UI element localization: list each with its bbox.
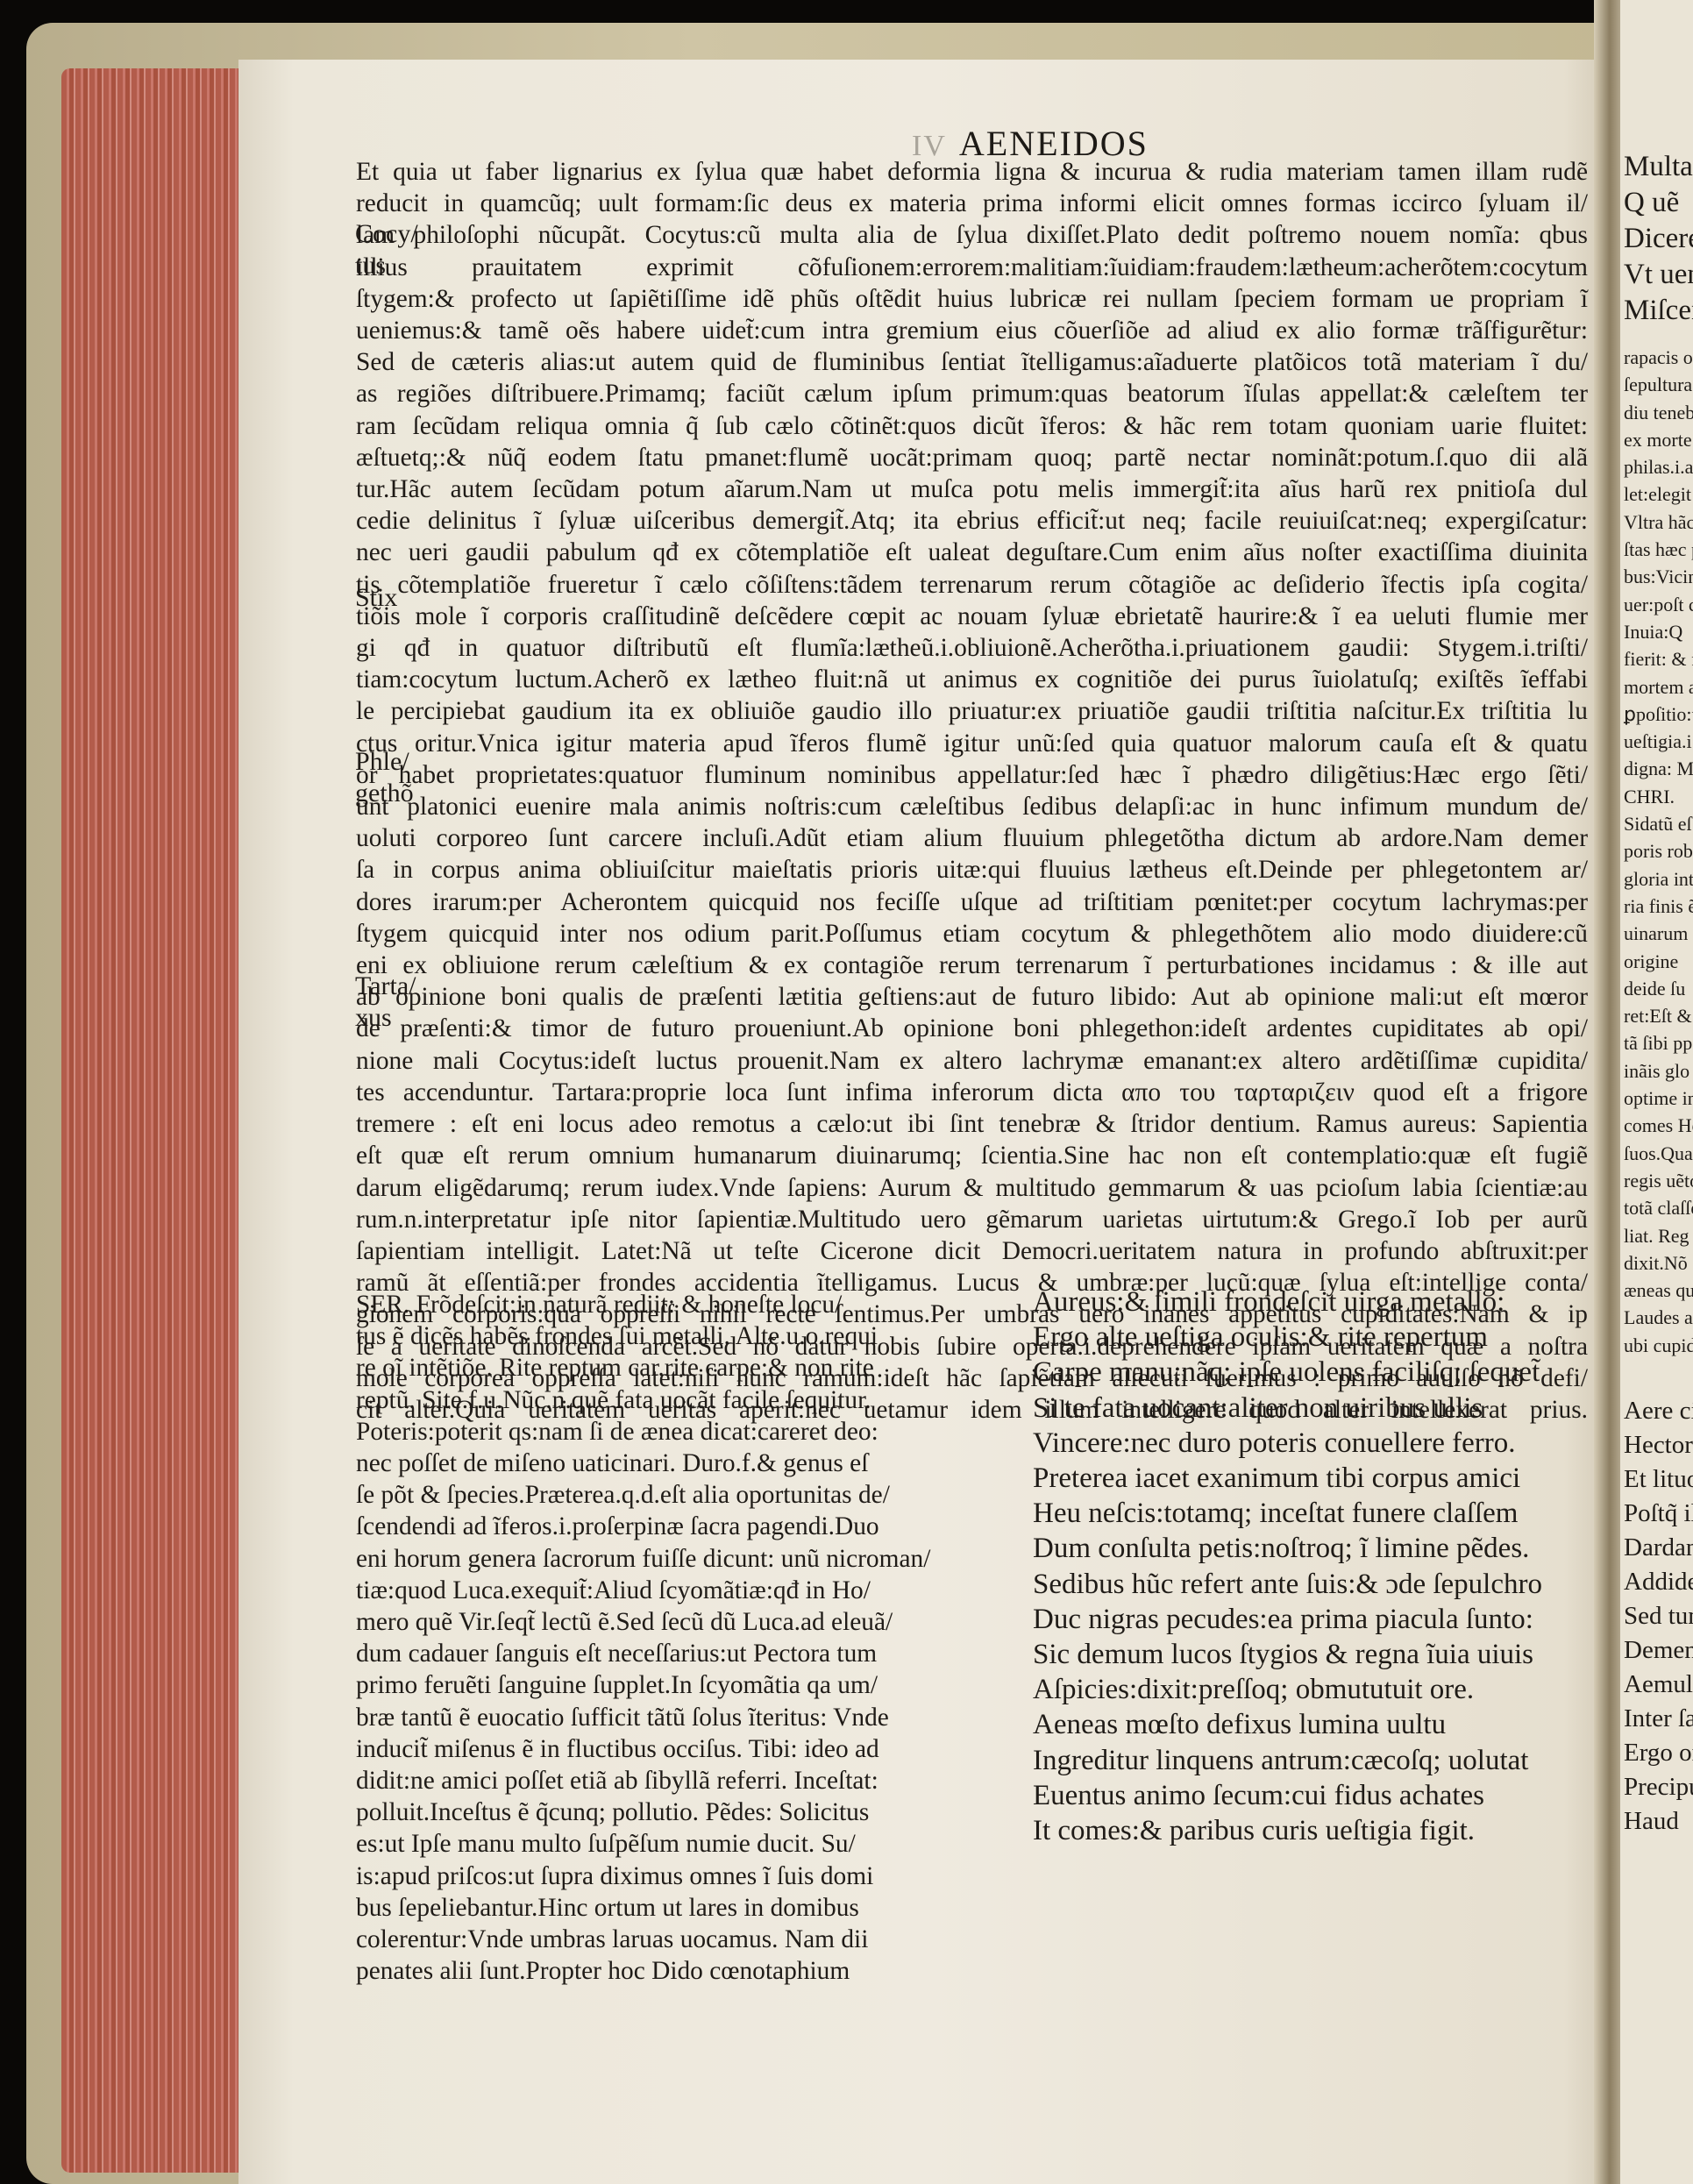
verse-line: Haud <box>1624 1804 1693 1839</box>
verse-column: Aureus:& ſimili frondeſcit uirga metallo… <box>1033 1284 1594 1848</box>
verse-line: Addider <box>1624 1565 1693 1599</box>
verse-line: Diceret <box>1624 221 1693 257</box>
commentary-line: fierit: & f <box>1624 645 1693 672</box>
text-line: eſt quæ eſt rerum omnium humanarum diuin… <box>356 1140 1588 1171</box>
commentary-line: ſcendendi ad ĩferos.i.proſerpinæ ſacra p… <box>356 1511 1014 1542</box>
commentary-line: polluit.Inceſtus ẽ q̃cunq; pollutio. Pẽd… <box>356 1796 1014 1828</box>
verse-line: Dum conſulta petis:noſtroq; ĩ limine pẽd… <box>1033 1531 1594 1566</box>
verse-line: Duc nigras pecudes:ea prima piacula ſunt… <box>1033 1602 1594 1637</box>
commentary-line: ueſtigia.i. <box>1624 728 1693 755</box>
text-line: ſa in corpus anima obliuiſcitur maieſtat… <box>356 854 1588 886</box>
right-page-commentary: rapacis oſepulturadiu tenebex mortephila… <box>1624 344 1693 1359</box>
text-line: ueniemus:& tamẽ oẽs habere uidet̃:cum in… <box>356 315 1588 346</box>
commentary-line: ſe põt & ſpecies.Præterea.q.d.eſt alia o… <box>356 1479 1014 1511</box>
commentary-column: SER. Frõdeſcit:in naturã rediit: & honeſ… <box>356 1289 1014 1987</box>
commentary-line: ſepultura <box>1624 371 1693 398</box>
verse-line: Multa <box>1624 149 1693 185</box>
commentary-line: ria finis ẽ <box>1624 893 1693 920</box>
text-line: tiam:cocytum luctum.Acherõ ex lætheo flu… <box>356 664 1588 695</box>
commentary-line: mortem a <box>1624 673 1693 701</box>
text-line: ab opinione boni qualis de præſenti læti… <box>356 981 1588 1013</box>
text-line: tis cõtemplatiõe frueretur ĩ cælo cõſiſt… <box>356 569 1588 601</box>
commentary-line: totã claſſe <box>1624 1194 1693 1221</box>
verse-line: Demens <box>1624 1633 1693 1668</box>
commentary-line: penates alii ſunt.Propter hoc Dido cœnot… <box>356 1955 1014 1987</box>
text-line: uoluti corporeo ſunt carcere incluſi.Adũ… <box>356 822 1588 854</box>
text-line: nec ueri gaudii pabulum qđ ex cõtemplati… <box>356 537 1588 568</box>
verse-line: Carpe manu:nãq; ipſe uolens faciliſq; ſe… <box>1033 1355 1594 1390</box>
text-line: reducit in quamcũq; uult formam:ſic deus… <box>356 188 1588 219</box>
commentary-line: deide ſu <box>1624 975 1693 1002</box>
text-line: gi qđ in quatuor diſtributũ eſt flumĩa:l… <box>356 632 1588 664</box>
commentary-line: rapacis o <box>1624 344 1693 371</box>
text-line: tremere : eſt eni locus adeo remotus a c… <box>356 1108 1588 1140</box>
commentary-line: CHRI. <box>1624 783 1693 810</box>
commentary-line: Sidatũ eſ <box>1624 810 1693 837</box>
commentary-line: tus ẽ dicẽs habẽs frondes ſui metalli. A… <box>356 1320 1014 1352</box>
commentary-line: uer:poſt c <box>1624 591 1693 618</box>
text-line: illius prauitatem exprimit cõfuſionem:er… <box>356 252 1588 283</box>
commentary-line: tã ſibi pp <box>1624 1029 1693 1056</box>
verse-line: Sic demum lucos ſtygios & regna ĩuia uiu… <box>1033 1637 1594 1672</box>
commentary-line: nec poſſet de miſeno uaticinari. Duro.f.… <box>356 1448 1014 1479</box>
text-line: cedie delinitus ĩ ſyluæ uiſceribus demer… <box>356 505 1588 537</box>
text-line: le percipiebat gaudium ita ex obliuiõe g… <box>356 695 1588 727</box>
text-line: lam philoſophi nũcupãt. Cocytus:cũ multa… <box>356 219 1588 251</box>
commentary-line: ret:Eſt & <box>1624 1002 1693 1029</box>
commentary-line: Vltra hãc <box>1624 509 1693 536</box>
text-line: ctus oritur.Vnica igitur materia apud ĩf… <box>356 728 1588 759</box>
commentary-line: bus:Vicin <box>1624 563 1693 590</box>
text-line: Sed de cæteris alias:ut autem quid de fl… <box>356 346 1588 378</box>
commentary-line: primo feruẽti ſanguine ſupplet.In ſcyomã… <box>356 1669 1014 1701</box>
text-line: ſtygem:& profecto ut ſapiẽtiſſime idẽ ph… <box>356 283 1588 315</box>
verse-line: Aſpicies:dixit:preſſoq; obmututuit ore. <box>1033 1672 1594 1707</box>
text-line: or habet proprietates:quatuor fluminum n… <box>356 759 1588 791</box>
verse-line: Dardani <box>1624 1531 1693 1565</box>
commentary-line: optime in <box>1624 1085 1693 1112</box>
commentary-line: dixit.Nõ <box>1624 1249 1693 1277</box>
main-commentary: Et quia ut faber lignarius ex ſylua quæ … <box>356 156 1588 1426</box>
commentary-line: mero quẽ Vir.ſeqt̃ lectũ ẽ.Sed ſecũ dũ L… <box>356 1606 1014 1638</box>
commentary-line: let:elegit <box>1624 480 1693 508</box>
verse-line: Precipu <box>1624 1770 1693 1804</box>
text-line: darum eligẽdarumq; rerum iudex.Vnde ſapi… <box>356 1172 1588 1204</box>
commentary-line: æneas quẽ <box>1624 1277 1693 1304</box>
verse-line: Ingreditur linquens antrum:cæcoſq; uolut… <box>1033 1743 1594 1778</box>
verse-line: Euentus animo ſecum:cui fidus achates <box>1033 1778 1594 1813</box>
text-line: ſtygem quicquid inter nos odium parit.Po… <box>356 918 1588 950</box>
text-line: Et quia ut faber lignarius ex ſylua quæ … <box>356 156 1588 188</box>
verse-line: Vincere:nec duro poteris conuellere ferr… <box>1033 1426 1594 1461</box>
commentary-line: didit:ne amici poſſet etiã ab ſibyllã re… <box>356 1765 1014 1796</box>
text-line: eni ex obliuione rerum cæleſtium & ex co… <box>356 950 1588 981</box>
commentary-line: Laudes aũ <box>1624 1304 1693 1331</box>
commentary-line: bræ tantũ ẽ euocatio ſufficit tãtũ ſolus… <box>356 1702 1014 1733</box>
commentary-line: Inuia:Q <box>1624 618 1693 645</box>
verse-line: Sedibus hũc refert ante ſuis:& ɔde ſepul… <box>1033 1567 1594 1602</box>
verse-line: Hectoris <box>1624 1428 1693 1462</box>
text-line: ram ſecũdam reliqua omnia q̃ ſub cælo cõ… <box>356 410 1588 442</box>
commentary-line: re oĩ intẽtiõe. Rite reptum car.rite car… <box>356 1352 1014 1384</box>
commentary-line: dum cadauer ſanguis eſt neceſſarius:ut P… <box>356 1638 1014 1669</box>
verse-line: Vt uen <box>1624 257 1693 293</box>
commentary-line: colerentur:Vnde umbras laruas uocamus. N… <box>356 1924 1014 1955</box>
commentary-line: ſtas hæc p <box>1624 536 1693 563</box>
commentary-line: ubi cupidi <box>1624 1332 1693 1359</box>
verse-line: Sed tum <box>1624 1599 1693 1633</box>
commentary-line: inducit̃ miſenus ẽ in fluctibus occiſus.… <box>356 1733 1014 1765</box>
text-line: dores irarum:per Acherontem quicquid nos… <box>356 886 1588 918</box>
commentary-line: liat. Reg <box>1624 1222 1693 1249</box>
commentary-line: digna: M <box>1624 755 1693 782</box>
commentary-line: gloria int <box>1624 865 1693 893</box>
text-line: tiõis mole ĩ corporis craſſitudinẽ deſcẽ… <box>356 601 1588 632</box>
verse-line: Aureus:& ſimili frondeſcit uirga metallo… <box>1033 1284 1594 1320</box>
commentary-line: uinarum re <box>1624 920 1693 947</box>
commentary-line: Poteris:poterit qs:nam ſi de ænea dicat:… <box>356 1416 1014 1448</box>
commentary-line: comes He <box>1624 1112 1693 1139</box>
commentary-line: bus ſepeliebantur.Hinc ortum ut lares in… <box>356 1892 1014 1924</box>
verse-line: It comes:& paribus curis ueſtigia figit. <box>1033 1813 1594 1848</box>
commentary-line: diu teneb <box>1624 399 1693 426</box>
commentary-line: is:apud priſcos:ut ſupra diximus omnes ĩ… <box>356 1860 1014 1892</box>
text-line: æſtuetq;:& nũq̃ eodem ſtatu pmanet:flumẽ… <box>356 442 1588 473</box>
verse-line: Miſcen <box>1624 293 1693 329</box>
text-line: as regiões diſtribuere.Primamq; faciũt c… <box>356 378 1588 409</box>
text-line: unt platonici euenire mala animis noſtri… <box>356 791 1588 822</box>
text-line: de præſenti:& timor de futuro proueniunt… <box>356 1013 1588 1044</box>
commentary-line: poris rob <box>1624 837 1693 864</box>
commentary-line: origine <box>1624 948 1693 975</box>
text-line: nione mali Cocytus:ideſt luctus prouenit… <box>356 1045 1588 1077</box>
commentary-line: eni horum genera ſacrorum fuiſſe dicunt:… <box>356 1543 1014 1575</box>
verse-line: Aeneas mœſto defixus lumina uultu <box>1033 1707 1594 1742</box>
verse-line: Heu neſcis:totamq; inceſtat funere claſſ… <box>1033 1496 1594 1531</box>
verse-line: Preterea iacet exanimum tibi corpus amic… <box>1033 1461 1594 1496</box>
verse-line: Si te fata uocant:aliter non uiribus ull… <box>1033 1391 1594 1426</box>
right-page-verse-bottom: Aere cienHectorisEt lituo pPoſtq̃ illDar… <box>1624 1394 1693 1839</box>
commentary-line: es:ut Ipſe manu multo ſuſpẽſum numie duc… <box>356 1828 1014 1860</box>
text-line: rum.n.interpretatur ipſe nitor ſapientiæ… <box>356 1204 1588 1235</box>
verse-line: Et lituo p <box>1624 1462 1693 1497</box>
commentary-line: reptũ. Site.f.u.Nũc.n.quẽ fata uocãt fac… <box>356 1384 1014 1416</box>
red-page-edges <box>61 68 241 2173</box>
verse-line: Aemulu <box>1624 1668 1693 1702</box>
commentary-line: SER. Frõdeſcit:in naturã rediit: & honeſ… <box>356 1289 1014 1320</box>
commentary-line: inãis glo <box>1624 1057 1693 1085</box>
commentary-line: tiæ:quod Luca.exequit̃:Aliud ſcyomãtiæ:q… <box>356 1575 1014 1606</box>
verse-line: Aere cien <box>1624 1394 1693 1428</box>
commentary-line: regis uẽto <box>1624 1167 1693 1194</box>
verse-line: Poſtq̃ ill <box>1624 1497 1693 1531</box>
verse-line: Ergo om <box>1624 1736 1693 1770</box>
text-line: tes accenduntur. Tartara:proprie loca ſu… <box>356 1077 1588 1108</box>
text-line: ſapientiam intelligit. Latet:Nã ut teſte… <box>356 1235 1588 1267</box>
verse-line: Inter ſax <box>1624 1702 1693 1736</box>
commentary-line: ex morte <box>1624 426 1693 453</box>
right-page-verse-top: MultaQ uẽDiceretVt uenMiſcen <box>1624 149 1693 329</box>
verse-line: Ergo alte ueſtiga oculis:& rite repertum <box>1033 1320 1594 1355</box>
verse-line: Q uẽ <box>1624 185 1693 221</box>
commentary-line: ꝑpoſitio:u <box>1624 701 1693 728</box>
commentary-line: philas.i.a <box>1624 453 1693 480</box>
text-line: tur.Hãc autem ſecũdam potum aĩarum.Nam u… <box>356 473 1588 505</box>
commentary-line: ſuos.Qua <box>1624 1140 1693 1167</box>
